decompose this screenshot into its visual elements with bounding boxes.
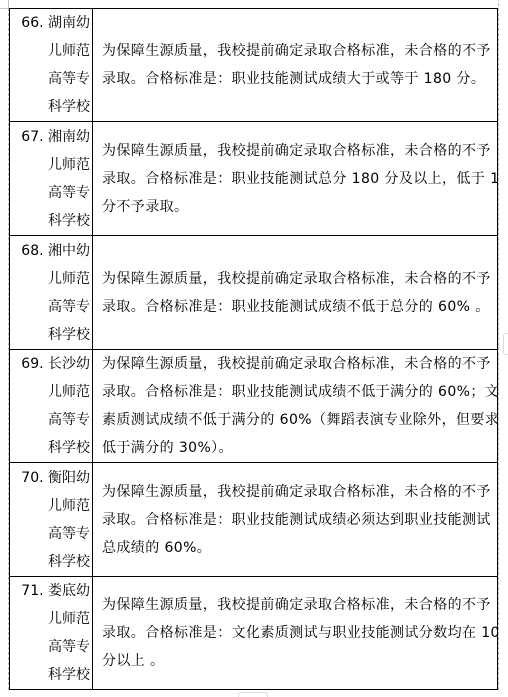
row-number: 69. bbox=[21, 356, 43, 372]
school-name-line: 科学校 bbox=[10, 321, 90, 349]
criteria-cell: 为保障生源质量，我校提前确定录取合格标准，未合格的不予 录取。合格标准是：职业技… bbox=[93, 122, 498, 236]
school-name-line: 儿师范 bbox=[10, 151, 90, 179]
table-row: 67. 湘南幼 儿师范 高等专 科学校 为保障生源质量，我校提前确定录取合格标准… bbox=[10, 122, 498, 236]
table-row: 70. 衡阳幼 儿师范 高等专 科学校 为保障生源质量，我校提前确定录取合格标准… bbox=[10, 463, 498, 577]
criteria-line: 录取。合格标准是：职业技能测试成绩不低于满分的 60%；文化 bbox=[102, 378, 497, 406]
criteria-line: 为保障生源质量，我校提前确定录取合格标准，未合格的不予 bbox=[102, 591, 497, 619]
row-number: 68. bbox=[21, 243, 43, 259]
criteria-cell: 为保障生源质量，我校提前确定录取合格标准，未合格的不予 录取。合格标准是：职业技… bbox=[93, 236, 498, 350]
table-row: 71. 娄底幼 儿师范 高等专 科学校 为保障生源质量，我校提前确定录取合格标准… bbox=[10, 577, 498, 690]
school-name-line: 高等专 bbox=[10, 633, 90, 661]
school-name-line: 科学校 bbox=[10, 207, 90, 235]
school-name-line: 66. 湖南幼 bbox=[10, 9, 90, 37]
criteria-line: 总成绩的 60%。 bbox=[102, 534, 497, 562]
criteria-line: 录取。合格标准是：职业技能测试成绩不低于总分的 60% 。 bbox=[102, 293, 497, 321]
school-name-line: 高等专 bbox=[10, 293, 90, 321]
criteria-line: 录取。合格标准是：职业技能测试成绩必须达到职业技能测试 bbox=[102, 506, 497, 534]
criteria-cell: 为保障生源质量，我校提前确定录取合格标准，未合格的不予 录取。合格标准是：职业技… bbox=[93, 463, 498, 577]
school-name-line: 71. 娄底幼 bbox=[10, 577, 90, 605]
scroll-edge-marker bbox=[503, 333, 508, 355]
school-name-line: 高等专 bbox=[10, 406, 90, 434]
criteria-line: 为保障生源质量，我校提前确定录取合格标准，未合格的不予 bbox=[102, 350, 497, 378]
school-name-line: 高等专 bbox=[10, 65, 90, 93]
school-name-line: 儿师范 bbox=[10, 265, 90, 293]
criteria-line: 素质测试成绩不低于满分的 60%（舞蹈表演专业除外，但要求不 bbox=[102, 406, 497, 434]
page-break-marker bbox=[238, 692, 268, 697]
school-name-cell: 67. 湘南幼 儿师范 高等专 科学校 bbox=[10, 122, 93, 236]
school-name-line: 科学校 bbox=[10, 548, 90, 576]
criteria-line: 为保障生源质量，我校提前确定录取合格标准，未合格的不予 bbox=[102, 137, 497, 165]
school-name-line: 科学校 bbox=[10, 434, 90, 462]
school-name-line: 68. 湘中幼 bbox=[10, 237, 90, 265]
school-name-cell: 70. 衡阳幼 儿师范 高等专 科学校 bbox=[10, 463, 93, 577]
school-name-line: 儿师范 bbox=[10, 492, 90, 520]
school-name-line: 高等专 bbox=[10, 179, 90, 207]
criteria-line: 分以上 。 bbox=[102, 647, 497, 675]
school-name-cell: 66. 湖南幼 儿师范 高等专 科学校 bbox=[10, 9, 93, 122]
criteria-cell: 为保障生源质量，我校提前确定录取合格标准，未合格的不予 录取。合格标准是：职业技… bbox=[93, 350, 498, 463]
row-number: 70. bbox=[21, 470, 43, 486]
criteria-line: 分不予录取。 bbox=[102, 193, 497, 221]
school-name-cell: 68. 湘中幼 儿师范 高等专 科学校 bbox=[10, 236, 93, 350]
school-name-cell: 69. 长沙幼 儿师范 高等专 科学校 bbox=[10, 350, 93, 463]
admission-criteria-table: 66. 湖南幼 儿师范 高等专 科学校 为保障生源质量，我校提前确定录取合格标准… bbox=[9, 8, 498, 690]
criteria-line: 录取。合格标准是：职业技能测试成绩大于或等于 180 分。 bbox=[102, 65, 497, 93]
row-number: 67. bbox=[21, 129, 43, 145]
criteria-cell: 为保障生源质量，我校提前确定录取合格标准，未合格的不予 录取。合格标准是：职业技… bbox=[93, 9, 498, 122]
school-name-line: 高等专 bbox=[10, 520, 90, 548]
row-number: 71. bbox=[21, 583, 43, 599]
table-row: 66. 湖南幼 儿师范 高等专 科学校 为保障生源质量，我校提前确定录取合格标准… bbox=[10, 9, 498, 122]
school-name-line: 儿师范 bbox=[10, 37, 90, 65]
school-name-line: 儿师范 bbox=[10, 378, 90, 406]
criteria-line: 录取。合格标准是：职业技能测试总分 180 分及以上，低于 180 bbox=[102, 165, 497, 193]
criteria-line: 为保障生源质量，我校提前确定录取合格标准，未合格的不予 bbox=[102, 478, 497, 506]
school-name-line: 70. 衡阳幼 bbox=[10, 464, 90, 492]
school-name-line: 67. 湘南幼 bbox=[10, 123, 90, 151]
school-name-cell: 71. 娄底幼 儿师范 高等专 科学校 bbox=[10, 577, 93, 690]
school-name-line: 69. 长沙幼 bbox=[10, 350, 90, 378]
criteria-cell: 为保障生源质量，我校提前确定录取合格标准，未合格的不予 录取。合格标准是：文化素… bbox=[93, 577, 498, 690]
criteria-line: 录取。合格标准是：文化素质测试与职业技能测试分数均在 100 bbox=[102, 619, 497, 647]
school-name-line: 科学校 bbox=[10, 661, 90, 689]
school-name-line: 科学校 bbox=[10, 93, 90, 121]
criteria-line: 为保障生源质量，我校提前确定录取合格标准，未合格的不予 bbox=[102, 265, 497, 293]
table-row: 68. 湘中幼 儿师范 高等专 科学校 为保障生源质量，我校提前确定录取合格标准… bbox=[10, 236, 498, 350]
table-row: 69. 长沙幼 儿师范 高等专 科学校 为保障生源质量，我校提前确定录取合格标准… bbox=[10, 350, 498, 463]
school-name-line: 儿师范 bbox=[10, 605, 90, 633]
criteria-line: 低于满分的 30%）。 bbox=[102, 434, 497, 462]
row-number: 66. bbox=[21, 15, 43, 31]
criteria-line: 为保障生源质量，我校提前确定录取合格标准，未合格的不予 bbox=[102, 37, 497, 65]
